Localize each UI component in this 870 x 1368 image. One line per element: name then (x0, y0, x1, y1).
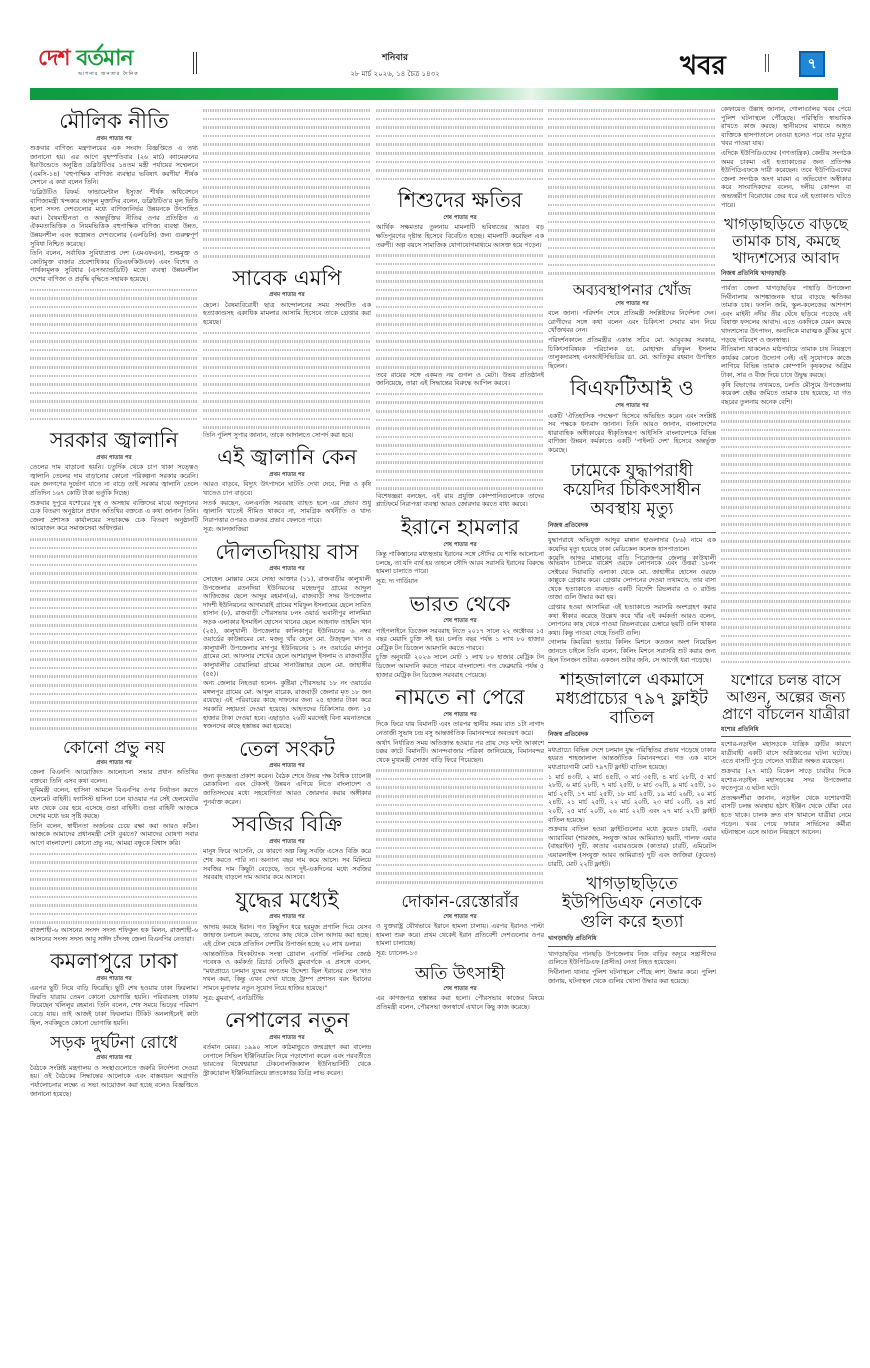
body-text: সোহেল মোল্লার মেয়ে সোহা আক্তার (১১), রা… (203, 576, 371, 679)
source-credit: সূত্র: ব্লুমবার্গ, এনডিটিভি (203, 995, 371, 1004)
body-text: পার্বত্য জেলা খাগড়াছড়ির পাহাড়ি উপজেলা… (721, 285, 851, 345)
column-4-lower: অভিযান চালিয়ে বাপ্পেশ ওরফে লোপনকে এবং উ… (548, 560, 716, 992)
continued-label: প্রথম পাতার পর (30, 454, 198, 463)
body-text: তিনি পুলিশ সুপার জানান, তাকে আদালতে সোপর… (203, 432, 371, 441)
headline[interactable]: ঢামেকে যুদ্ধাপরাধী কয়েদির চিকিৎসাধীন অব… (548, 462, 716, 519)
body-text-filler (30, 850, 198, 927)
article-sorok-durghotona[interactable]: সড়ক দুর্ঘটনা রোধে প্রথম পাতার পর বৈঠকে … (30, 1034, 198, 1099)
logo-tagline: আপনার জনতার দৈনিক (78, 71, 139, 79)
body-text-filler (721, 408, 851, 666)
headline[interactable]: মৌলিক নীতি (30, 110, 198, 134)
issue-day: শনিবার (320, 50, 470, 65)
body-text: যশোর-নড়াইল মহাসড়কে যান্ত্রিক ত্রুটির ক… (721, 741, 851, 767)
article-sarkar-jalani[interactable]: সরকার জ্বালানি প্রথম পাতার পর তেলের দাম … (30, 429, 198, 733)
continued-label: শেষ পাতার পর (376, 711, 544, 720)
headline[interactable]: সড়ক দুর্ঘটনা রোধে (30, 1034, 198, 1053)
continued-label: শেষ পাতার পর (376, 913, 544, 922)
byline: যশোর প্রতিনিধি (721, 726, 851, 738)
headline[interactable]: শিশুদের ক্ষতির (376, 189, 544, 213)
continued-label: প্রথম পাতার পর (203, 913, 371, 922)
article-kibria-cont: অভিযান চালিয়ে বাপ্পেশ ওরফে লোপনকে এবং উ… (548, 560, 716, 665)
dateline: শনিবার ২৮ মার্চ ২০২৬, ১৪ চৈত্র ১৪৩২ (320, 50, 470, 80)
headline[interactable]: দোকান-রেস্তোরাঁর (376, 893, 544, 912)
body-text: তিনি বলেন, সর্বাধিক সুবিধাপ্রাপ্ত দেশ (এ… (30, 250, 198, 284)
body-text: একটি 'ঐতিহাসিক পদক্ষেপ' হিসেবে অভিহিত কর… (548, 413, 716, 456)
body-text: চুক্তি অনুযায়ী ২০২৬ সালে মোট ১ লাখ ৮০ হ… (376, 654, 544, 680)
section-title: খবর (680, 45, 726, 89)
headline[interactable]: অব্যবস্থাপনার খোঁজ (548, 282, 716, 299)
body-text: সতর্ক করছেন, এলএনজি সরবরাহ ব্যাহত হলে এর… (203, 500, 371, 526)
body-text-filler (548, 106, 716, 278)
source-credit: সূত্র: চ্যানেল-১৩ (376, 950, 544, 959)
column-3: শিশুদের ক্ষতির শেষ পাতার পর আর্থিক সক্ষম… (376, 106, 544, 1018)
body-text: ভূমিমন্ত্রী বলেন, হাসিনা আমলে বিএনপির ওপ… (30, 787, 198, 821)
article-bida-o[interactable]: বিএফটিআই ও শেষ পাতার পর একটি 'ঐতিহাসিক প… (548, 377, 716, 455)
continued-label: প্রথম পাতার পর (30, 135, 198, 144)
headline[interactable]: শাহজালালে একমাসে মধ্যপ্রাচ্যের ৭৯৭ ফ্লাই… (548, 671, 716, 728)
body-text: শুক্রবার দুপুরে যশোরের দুস্থ ও অসহায় ব্… (30, 500, 198, 534)
headline[interactable]: সাবেক এমপি (203, 267, 371, 291)
continued-label: শেষ পাতার পর (376, 214, 544, 223)
headline[interactable]: তেল সংকট (203, 738, 371, 762)
headline[interactable]: খাগড়াছড়িতে বাড়ছে তামাক চাষ, কমছে খাদ্… (721, 216, 851, 266)
column-2: সাবেক এমপি প্রথম পাতার পর ছেলে। বৈষম্যবি… (203, 106, 371, 1085)
body-text-filler (30, 535, 198, 733)
continued-label: প্রথম পাতার পর (30, 759, 198, 768)
headline[interactable]: কমলাপুরে ঢাকা (30, 950, 198, 974)
body-text: আরও বাড়বে, বিদ্যুৎ উৎপাদনে ঘাটতি দেখা দ… (203, 481, 371, 498)
article-sabek-mp[interactable]: সাবেক এমপি প্রথম পাতার পর ছেলে। বৈষম্যবি… (203, 267, 371, 441)
body-text: বৈঠকে সংশ্লিষ্ট মন্ত্রণালয় ও সংস্থাগুলো… (30, 1065, 198, 1099)
article-moulik-niti-cont (203, 106, 371, 261)
body-text: তেলের দাম বাড়ানো হয়নি। চতুর্দিক থেকে চ… (30, 464, 198, 498)
article-obyobosthapona[interactable]: অব্যবস্থাপনার খোঁজ শেষ পাতার পর বলে জানা… (548, 106, 716, 371)
article-moulik-niti[interactable]: মৌলিক নীতি প্রথম পাতার পর শুক্রবার বাণিজ… (30, 110, 198, 423)
byline: নিজস্ব প্রতিবেদক (548, 731, 716, 743)
body-text: মধ্যপ্রাচ্যে বিভিন্ন দেশে চলমান যুদ্ধ পর… (548, 747, 716, 773)
body-text: দিকে ফিরে যায় বিমানটি এবং তারপর স্থানীয… (376, 721, 544, 738)
body-text: নীতিমালা থাকলেও মাঠপর্যায়ে তামাক চাষ নি… (721, 346, 851, 380)
byline: নিজস্ব প্রতিনিধি খাগড়াছড়ি (721, 270, 851, 282)
article-sobjir-bikri[interactable]: সবজির বিক্রি প্রথম পাতার পর মানুষ ফিরে আ… (203, 813, 371, 882)
continued-label: শেষ পাতার পর (548, 402, 716, 411)
page-number-badge: ৭ (799, 51, 825, 77)
continued-label: প্রথম পাতার পর (30, 975, 198, 984)
article-tel-songkot[interactable]: তেল সংকট প্রথম পাতার পর জন্য কৃতজ্ঞতা প্… (203, 738, 371, 807)
continued-label: প্রথম পাতার পর (30, 1054, 198, 1063)
article-politics-cont (376, 106, 544, 183)
body-text: বলে জানা। পরিদর্শন শেষে প্রতিমন্ত্রী সংশ… (548, 310, 716, 336)
body-text: জন্য কৃতজ্ঞতা প্রকাশ করেন। বৈঠক শেষে উভয… (203, 773, 371, 807)
headline[interactable]: ইরানে হামলার (376, 516, 544, 540)
header-rule (30, 88, 838, 100)
body-text: শুক্রবার বাণিজ্য মন্ত্রণালয়ের এক সংবাদ … (30, 145, 198, 188)
column-1: মৌলিক নীতি প্রথম পাতার পর শুক্রবার বাণিজ… (30, 106, 198, 1105)
headline[interactable]: বিএফটিআই ও (548, 377, 716, 401)
body-text: অন্য জেলার নিহতরা হলেন- কুষ্টিয়া পৌরসভা… (203, 680, 371, 732)
body-text: শুক্রবার বাতিল হওয়া ফ্লাইটগুলোর মধ্যে ক… (548, 826, 716, 869)
continued-label: প্রথম পাতার পর (203, 838, 371, 847)
continued-label: শেষ পাতার পর (376, 985, 544, 994)
article-nepaler-notun[interactable]: নেপালের নতুন প্রথম পাতার পর বর্তমান মেয়… (203, 1009, 371, 1078)
logo-word-desh: দেশ (38, 46, 70, 71)
headline[interactable]: সবজির বিক্রি (203, 813, 371, 837)
body-text-filler (203, 106, 371, 261)
article-khagrachari-updf[interactable]: খাগড়াছড়িতে ইউপিডিএফ নেতাকে গুলি করে হত… (548, 875, 716, 986)
body-text: যুদ্ধাপরাধে অভিযুক্ত আব্দুর মান্নান হাওল… (548, 537, 716, 554)
headline[interactable]: যশোরে চলন্ত বাসে আগুন, অল্পের জন্য প্রাণ… (721, 672, 851, 722)
body-text: গ্রেপ্তার হওয়া আসামিরা এই হত্যাকাণ্ডে স… (548, 604, 716, 638)
headline[interactable]: সরকার জ্বালানি (30, 429, 198, 453)
headline[interactable]: খাগড়াছড়িতে ইউপিডিএফ নেতাকে গুলি করে হত… (548, 875, 716, 932)
body-text: আর্থিক সক্ষমতার তুলনায় মামলাটি ভবিষ্যতে… (376, 224, 544, 250)
article-ei-jalani-ken[interactable]: এই জ্বালানি কেন প্রথম পাতার পর আরও বাড়ব… (203, 446, 371, 535)
masthead-divider (193, 52, 197, 74)
newspaper-logo[interactable]: দেশ বর্তমান আপনার জনতার দৈনিক (38, 48, 139, 79)
article-tamak-chash[interactable]: খাগড়াছড়িতে বাড়ছে তামাক চাষ, কমছে খাদ্… (721, 216, 851, 666)
body-text-filler (376, 106, 544, 183)
masthead: দেশ বর্তমান আপনার জনতার দৈনিক শনিবার ২৮ … (0, 0, 870, 100)
body-text-filler (376, 390, 544, 493)
body-text: দিঘীনালা থানার পুলিশ ঘটনাস্থলে পৌঁছে লাশ… (548, 969, 716, 986)
article-shishuder-khoti[interactable]: শিশুদের ক্ষতির শেষ পাতার পর আর্থিক সক্ষম… (376, 189, 544, 510)
body-text: গোলাম কিবরিয়া হত্যায় কিলিং মিশনে কতজন … (548, 639, 716, 665)
article-bharot-theke[interactable]: ভারত থেকে শেষ পাতার পর পাইপলাইনে ডিজেল স… (376, 593, 544, 681)
body-text: কিন্তু পাকিস্তানের মধ্যস্থতায় ইরানের সঙ… (376, 551, 544, 577)
source-credit: সূত্র: আলজাজিরা (203, 526, 371, 535)
body-text: অর্থাৎ নির্ধারিত সময় অতিক্রান্ত হওয়ার … (376, 740, 544, 766)
body-text: তবে রায়ের সঙ্গে একমত নয় গুগল ও মেটা। উ… (376, 372, 544, 389)
body-text: পাইপলাইনে ডিজেল সরবরাহ নিতে ২০১৭ সালে ২২… (376, 628, 544, 654)
issue-date: ২৮ মার্চ ২০২৬, ১৪ চৈত্র ১৪৩২ (320, 68, 470, 80)
body-text: খাগড়াছড়ির পানছড়ি উপজেলায় নিজ বাড়ির … (548, 951, 716, 968)
byline: খাগড়াছড়ি প্রতিনিধি (548, 935, 716, 947)
body-text-filler (30, 286, 198, 424)
body-text: তিনি বলেন, স্বাধীনতা অর্জনের চেয়ে রক্ষা… (30, 823, 198, 849)
headline[interactable]: যুদ্ধের মধ্যেই (203, 889, 371, 913)
article-kono-probhu-noy[interactable]: কোনো প্রভু নয় প্রথম পাতার পর জেলা বিএনপ… (30, 739, 198, 945)
article-khagrachari-cont: কেফায়েত উল্লাহ জানান, গোলাগুলির খবর পেয… (721, 106, 851, 210)
body-text: আদায় করছে ইরান। গত কিছুদিন ধরে হরমুজ প্… (203, 924, 371, 950)
body-text: শুক্রবার (২৭ মার্চ) বিকেল সাড়ে চারটার দ… (721, 768, 851, 794)
body-text: এরপর ছুটি নিয়ে বাড়ি ফিরেছি। ছুটি শেষ হ… (30, 985, 198, 1028)
headline[interactable]: কোনো প্রভু নয় (30, 739, 198, 758)
body-text: মানুষ ফিরে আসেনি, যে কারণে অল্প কিছু সবজ… (203, 848, 371, 882)
body-text-filler (203, 329, 371, 432)
column-5: কেফায়েত উল্লাহ জানান, গোলাগুলির খবর পেয… (721, 106, 851, 844)
headline[interactable]: এই জ্বালানি কেন (203, 446, 371, 470)
article-dokan-restora[interactable]: দোকান-রেস্তোরাঁর শেষ পাতার পর ও যুক্তরাষ… (376, 893, 544, 959)
continued-label: শেষ পাতার পর (548, 300, 716, 309)
article-doulotdia[interactable]: দৌলতদিয়ায় বাস প্রথম পাতার পর সোহেল মোল… (203, 541, 371, 732)
article-irane-hamla[interactable]: ইরানে হামলার শেষ পাতার পর কিন্তু পাকিস্ত… (376, 516, 544, 586)
headline[interactable]: দৌলতদিয়ায় বাস (203, 541, 371, 565)
body-text: অভিযান চালিয়ে বাপ্পেশ ওরফে লোপনকে এবং উ… (548, 560, 716, 603)
continued-label: শেষ পাতার পর (376, 541, 544, 550)
body-text: এর কাগজপত্র হস্তান্তর করা হলো। পৌরসভার ক… (376, 995, 544, 1012)
body-text: আন্তর্জাতিক থিংকট্যাংক সংস্থা গ্লোবাল এন… (203, 951, 371, 994)
article-shahjalal-flight[interactable]: শাহজালালে একমাসে মধ্যপ্রাচ্যের ৭৯৭ ফ্লাই… (548, 671, 716, 869)
body-text: কেফায়েত উল্লাহ জানান, গোলাগুলির খবর পেয… (721, 106, 851, 149)
body-text: এদিকে ইউপিডিএফের (গণতান্ত্রিক) কেন্দ্রীয… (721, 150, 851, 210)
source-credit: সূত্র: দ্য গার্ডিয়ান (376, 578, 544, 587)
continued-label: প্রথম পাতার পর (203, 471, 371, 480)
body-text: বিশেষজ্ঞরা বলছেন, এই রায় প্রযুক্তি কোম্… (376, 493, 544, 510)
headline[interactable]: নামতে না পেরে (376, 686, 544, 710)
headline[interactable]: নেপালের নতুন (203, 1009, 371, 1033)
flight-cancellation-counts: ১ মার্চ ৪৩টি, ২ মার্চ ৪৫টি, ৩ মার্চ ৩৫টি… (548, 774, 716, 826)
continued-label: প্রথম পাতার পর (203, 565, 371, 574)
body-text: ও যুক্তরাষ্ট্র যৌথভাবে ইরানে হামলা চালায… (376, 923, 544, 949)
article-jessore-bus[interactable]: যশোরে চলন্ত বাসে আগুন, অল্পের জন্য প্রাণ… (721, 672, 851, 838)
section-divider (765, 54, 769, 72)
continued-label: প্রথম পাতার পর (203, 291, 371, 300)
body-text: পরিদর্শনকালে প্রতিমন্ত্রীর একান্ত সচিব ম… (548, 337, 716, 371)
body-text: কৃষি বিভাগের তথ্যমতে, চলতি মৌসুমে উপজেলা… (721, 382, 851, 408)
body-text: বর্তমান মেয়র। ১৯৯০ সালে কাঠমান্ডুতে জন্… (203, 1044, 371, 1078)
continued-label: প্রথম পাতার পর (203, 1034, 371, 1043)
body-text-filler (376, 251, 544, 371)
body-text: জেলা বিএনপি আয়োজিত আলোচনা সভার প্রধান অ… (30, 769, 198, 786)
logo-word-bortoman: বর্তমান (76, 46, 132, 71)
byline: নিজস্ব প্রতিবেদক (548, 522, 716, 534)
body-text: ছেলে। বৈষম্যবিরোধী ছাত্র আন্দোলনের সময় … (203, 302, 371, 328)
article-juddher-moddhei[interactable]: যুদ্ধের মধ্যেই প্রথম পাতার পর আদায় করছে… (203, 889, 371, 1003)
body-text-filler (376, 766, 544, 886)
article-oti-utsahi[interactable]: অতি উৎসাহী শেষ পাতার পর এর কাগজপত্র হস্ত… (376, 965, 544, 1013)
body-text: 'ডব্লিউটিও রিফর্ম: ফান্ডামেন্টাল ইস্যুজ'… (30, 189, 198, 249)
article-namte-na-pere[interactable]: নামতে না পেরে শেষ পাতার পর দিকে ফিরে যায… (376, 686, 544, 886)
body-text: রাজশাহী-৬ আসনের সংসদ সদস্য শফিকুল হক মিল… (30, 927, 198, 944)
article-komlapur[interactable]: কমলাপুরে ঢাকা প্রথম পাতার পর এরপর ছুটি ন… (30, 950, 198, 1028)
body-text: প্রত্যক্ষদর্শীরা জানান, নড়াইল থেকে যশোর… (721, 795, 851, 838)
continued-label: শেষ পাতার পর (376, 617, 544, 626)
headline[interactable]: ভারত থেকে (376, 593, 544, 617)
continued-label: প্রথম পাতার পর (203, 762, 371, 771)
headline[interactable]: অতি উৎসাহী (376, 965, 544, 984)
